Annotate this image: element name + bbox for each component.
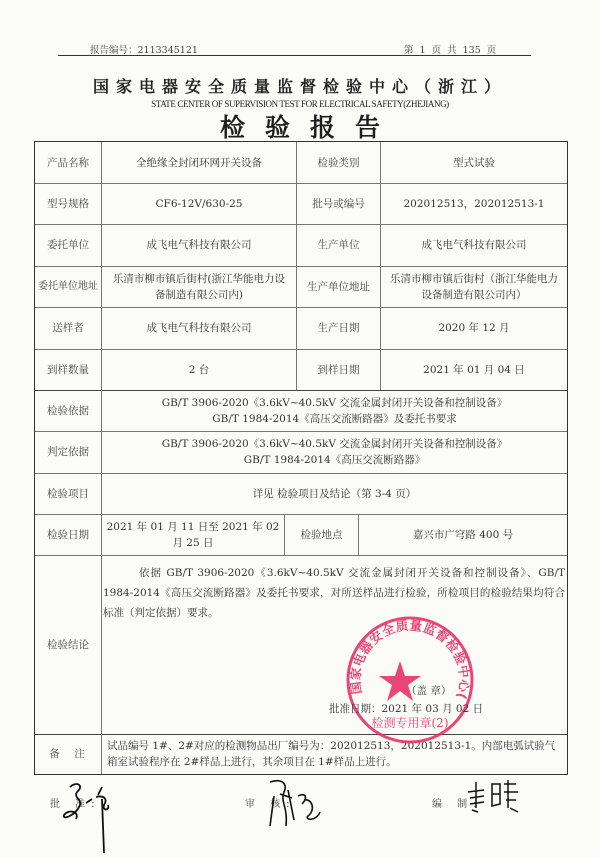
conclusion-area: 依据 GB/T 3906-2020《3.6kV~40.5kV 交流金属封闭开关设…: [35, 555, 567, 734]
value-sample-quantity: 2 台: [102, 349, 296, 390]
label-production-date: 生产日期: [297, 307, 380, 349]
inspection-basis-line2: GB/T 1984-2014《高压交流断路器》及委托书要求: [212, 411, 456, 427]
value-batch-number: 202012513，202012513-1: [381, 183, 567, 224]
seal-label: （盖 章）: [406, 683, 451, 698]
value-inspection-date: 2021 年 01 月 11 日至 2021 年 02 月 25 日: [102, 514, 284, 555]
label-manufacturer: 生产单位: [297, 224, 380, 266]
label-judgment-basis: 判定依据: [35, 431, 101, 473]
value-arrival-date: 2021 年 01 月 04 日: [381, 349, 567, 390]
report-table: 产品名称 全绝缘全封闭环网开关设备 检验类别 型式试验 型号规格 CF6-12V…: [34, 141, 568, 775]
value-inspection-location: 嘉兴市广穹路 400 号: [359, 514, 567, 555]
value-client-address: 乐清市柳市镇后街村(浙江华能电力设备制造有限公司内): [102, 266, 296, 307]
value-inspection-type: 型式试验: [381, 142, 567, 183]
label-sample-quantity: 到样数量: [35, 349, 101, 390]
label-arrival-date: 到样日期: [297, 349, 380, 390]
report-title: 检验报告: [0, 108, 600, 144]
value-production-date: 2020 年 12 月: [381, 307, 567, 349]
value-inspection-basis: GB/T 3906-2020《3.6kV~40.5kV 交流金属封闭开关设备和控…: [102, 390, 567, 431]
label-sender: 送样者: [35, 307, 101, 349]
value-product-name: 全绝缘全封闭环网开关设备: [102, 142, 296, 183]
value-judgment-basis: GB/T 3906-2020《3.6kV~40.5kV 交流金属封闭开关设备和控…: [102, 431, 567, 473]
official-stamp-icon: 国家电器安全质量监督检验中心(浙江) 检测专用章(2): [345, 615, 475, 745]
label-inspection-date: 检验日期: [35, 514, 101, 555]
label-inspection-items: 检验项目: [35, 473, 101, 514]
label-inspection-location: 检验地点: [285, 514, 358, 555]
header-divider: [58, 55, 531, 56]
svg-text:检测专用章(2): 检测专用章(2): [372, 715, 449, 730]
report-number: 报告编号：2113345121: [90, 42, 198, 56]
value-client: 成飞电气科技有限公司: [102, 224, 296, 266]
inspection-basis-line1: GB/T 3906-2020《3.6kV~40.5kV 交流金属封闭开关设备和控…: [162, 395, 508, 411]
value-sender: 成飞电气科技有限公司: [102, 307, 296, 349]
conclusion-text: 依据 GB/T 3906-2020《3.6kV~40.5kV 交流金属封闭开关设…: [103, 563, 565, 623]
value-manufacturer-address: 乐清市柳市镇后街村（浙江华能电力设备制造有限公司内）: [381, 266, 567, 307]
approver-signature-icon: [58, 775, 138, 855]
judgment-basis-line1: GB/T 3906-2020《3.6kV~40.5kV 交流金属封闭开关设备和控…: [162, 436, 508, 452]
value-manufacturer: 成飞电气科技有限公司: [381, 224, 567, 266]
notes-area: 试品编号 1#、2#对应的检测物品出厂编号为：202012513，2020125…: [35, 734, 567, 774]
org-title-cn: 国家电器安全质量监督检验中心（浙江）: [0, 74, 600, 97]
label-inspection-basis: 检验依据: [35, 390, 101, 431]
label-client: 委托单位: [35, 224, 101, 266]
approval-date: 批准日期：2021 年 03 月 02 日: [329, 701, 483, 716]
notes-text: 试品编号 1#、2#对应的检测物品出厂编号为：202012513，2020125…: [107, 738, 563, 770]
judgment-basis-line2: GB/T 1984-2014《高压交流断路器》: [244, 452, 425, 468]
reviewer-signature-icon: [258, 776, 338, 836]
compiler-signature-icon: [462, 778, 522, 818]
label-product-name: 产品名称: [35, 142, 101, 183]
page-info: 第 1 页 共 135 页: [404, 42, 496, 56]
label-client-address: 委托单位地址: [35, 266, 101, 307]
label-manufacturer-address: 生产单位地址: [297, 266, 380, 307]
label-inspection-type: 检验类别: [297, 142, 380, 183]
value-inspection-items: 详见 检验项目及结论（第 3-4 页）: [102, 473, 567, 514]
label-model-spec: 型号规格: [35, 183, 101, 224]
value-model-spec: CF6-12V/630-25: [102, 183, 296, 224]
label-batch-number: 批号或编号: [297, 183, 380, 224]
